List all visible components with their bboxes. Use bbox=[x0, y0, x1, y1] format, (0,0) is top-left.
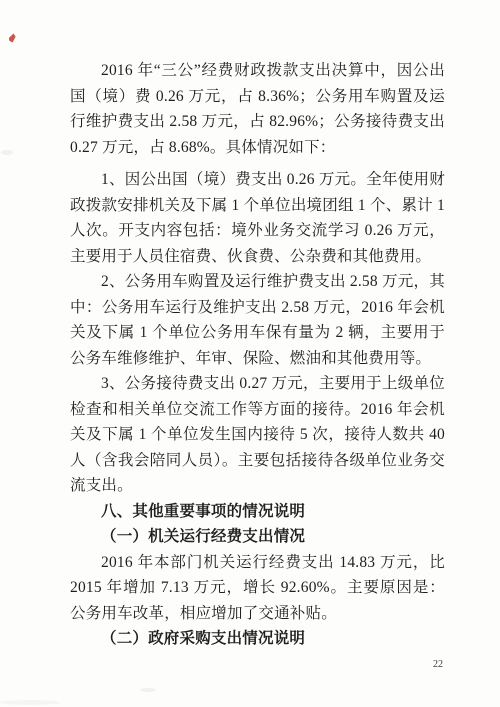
paragraph-operating-expense: 2016 年本部门机关运行经费支出 14.83 万元，比 2015 年增加 7.… bbox=[70, 550, 445, 627]
scanned-document-page: 2016 年“三公”经费财政拨款支出决算中，因公出国（境）费 0.26 万元，占… bbox=[0, 0, 500, 707]
paragraph-sangong-summary: 2016 年“三公”经费财政拨款支出决算中，因公出国（境）费 0.26 万元，占… bbox=[70, 58, 445, 160]
document-body: 2016 年“三公”经费财政拨款支出决算中，因公出国（境）费 0.26 万元，占… bbox=[70, 58, 445, 652]
scan-smudge bbox=[1, 150, 13, 155]
paragraph-abroad-expense: 1、因公出国（境）费支出 0.26 万元。全年使用财政拨款安排机关及下属 1 个… bbox=[70, 167, 445, 269]
red-ink-mark-icon bbox=[8, 32, 17, 44]
scan-smudge bbox=[0, 700, 60, 705]
scan-smudge bbox=[140, 688, 156, 692]
heading-subsection-two: （二）政府采购支出情况说明 bbox=[70, 626, 445, 652]
heading-subsection-one: （一）机关运行经费支出情况 bbox=[70, 524, 445, 550]
paragraph-vehicle-expense: 2、公务用车购置及运行维护费支出 2.58 万元，其中：公务用车运行及维护支出 … bbox=[70, 269, 445, 371]
page-number: 22 bbox=[433, 659, 443, 670]
heading-section-eight: 八、其他重要事项的情况说明 bbox=[70, 499, 445, 525]
paragraph-reception-expense: 3、公务接待费支出 0.27 万元，主要用于上级单位检查和相关单位交流工作等方面… bbox=[70, 371, 445, 499]
